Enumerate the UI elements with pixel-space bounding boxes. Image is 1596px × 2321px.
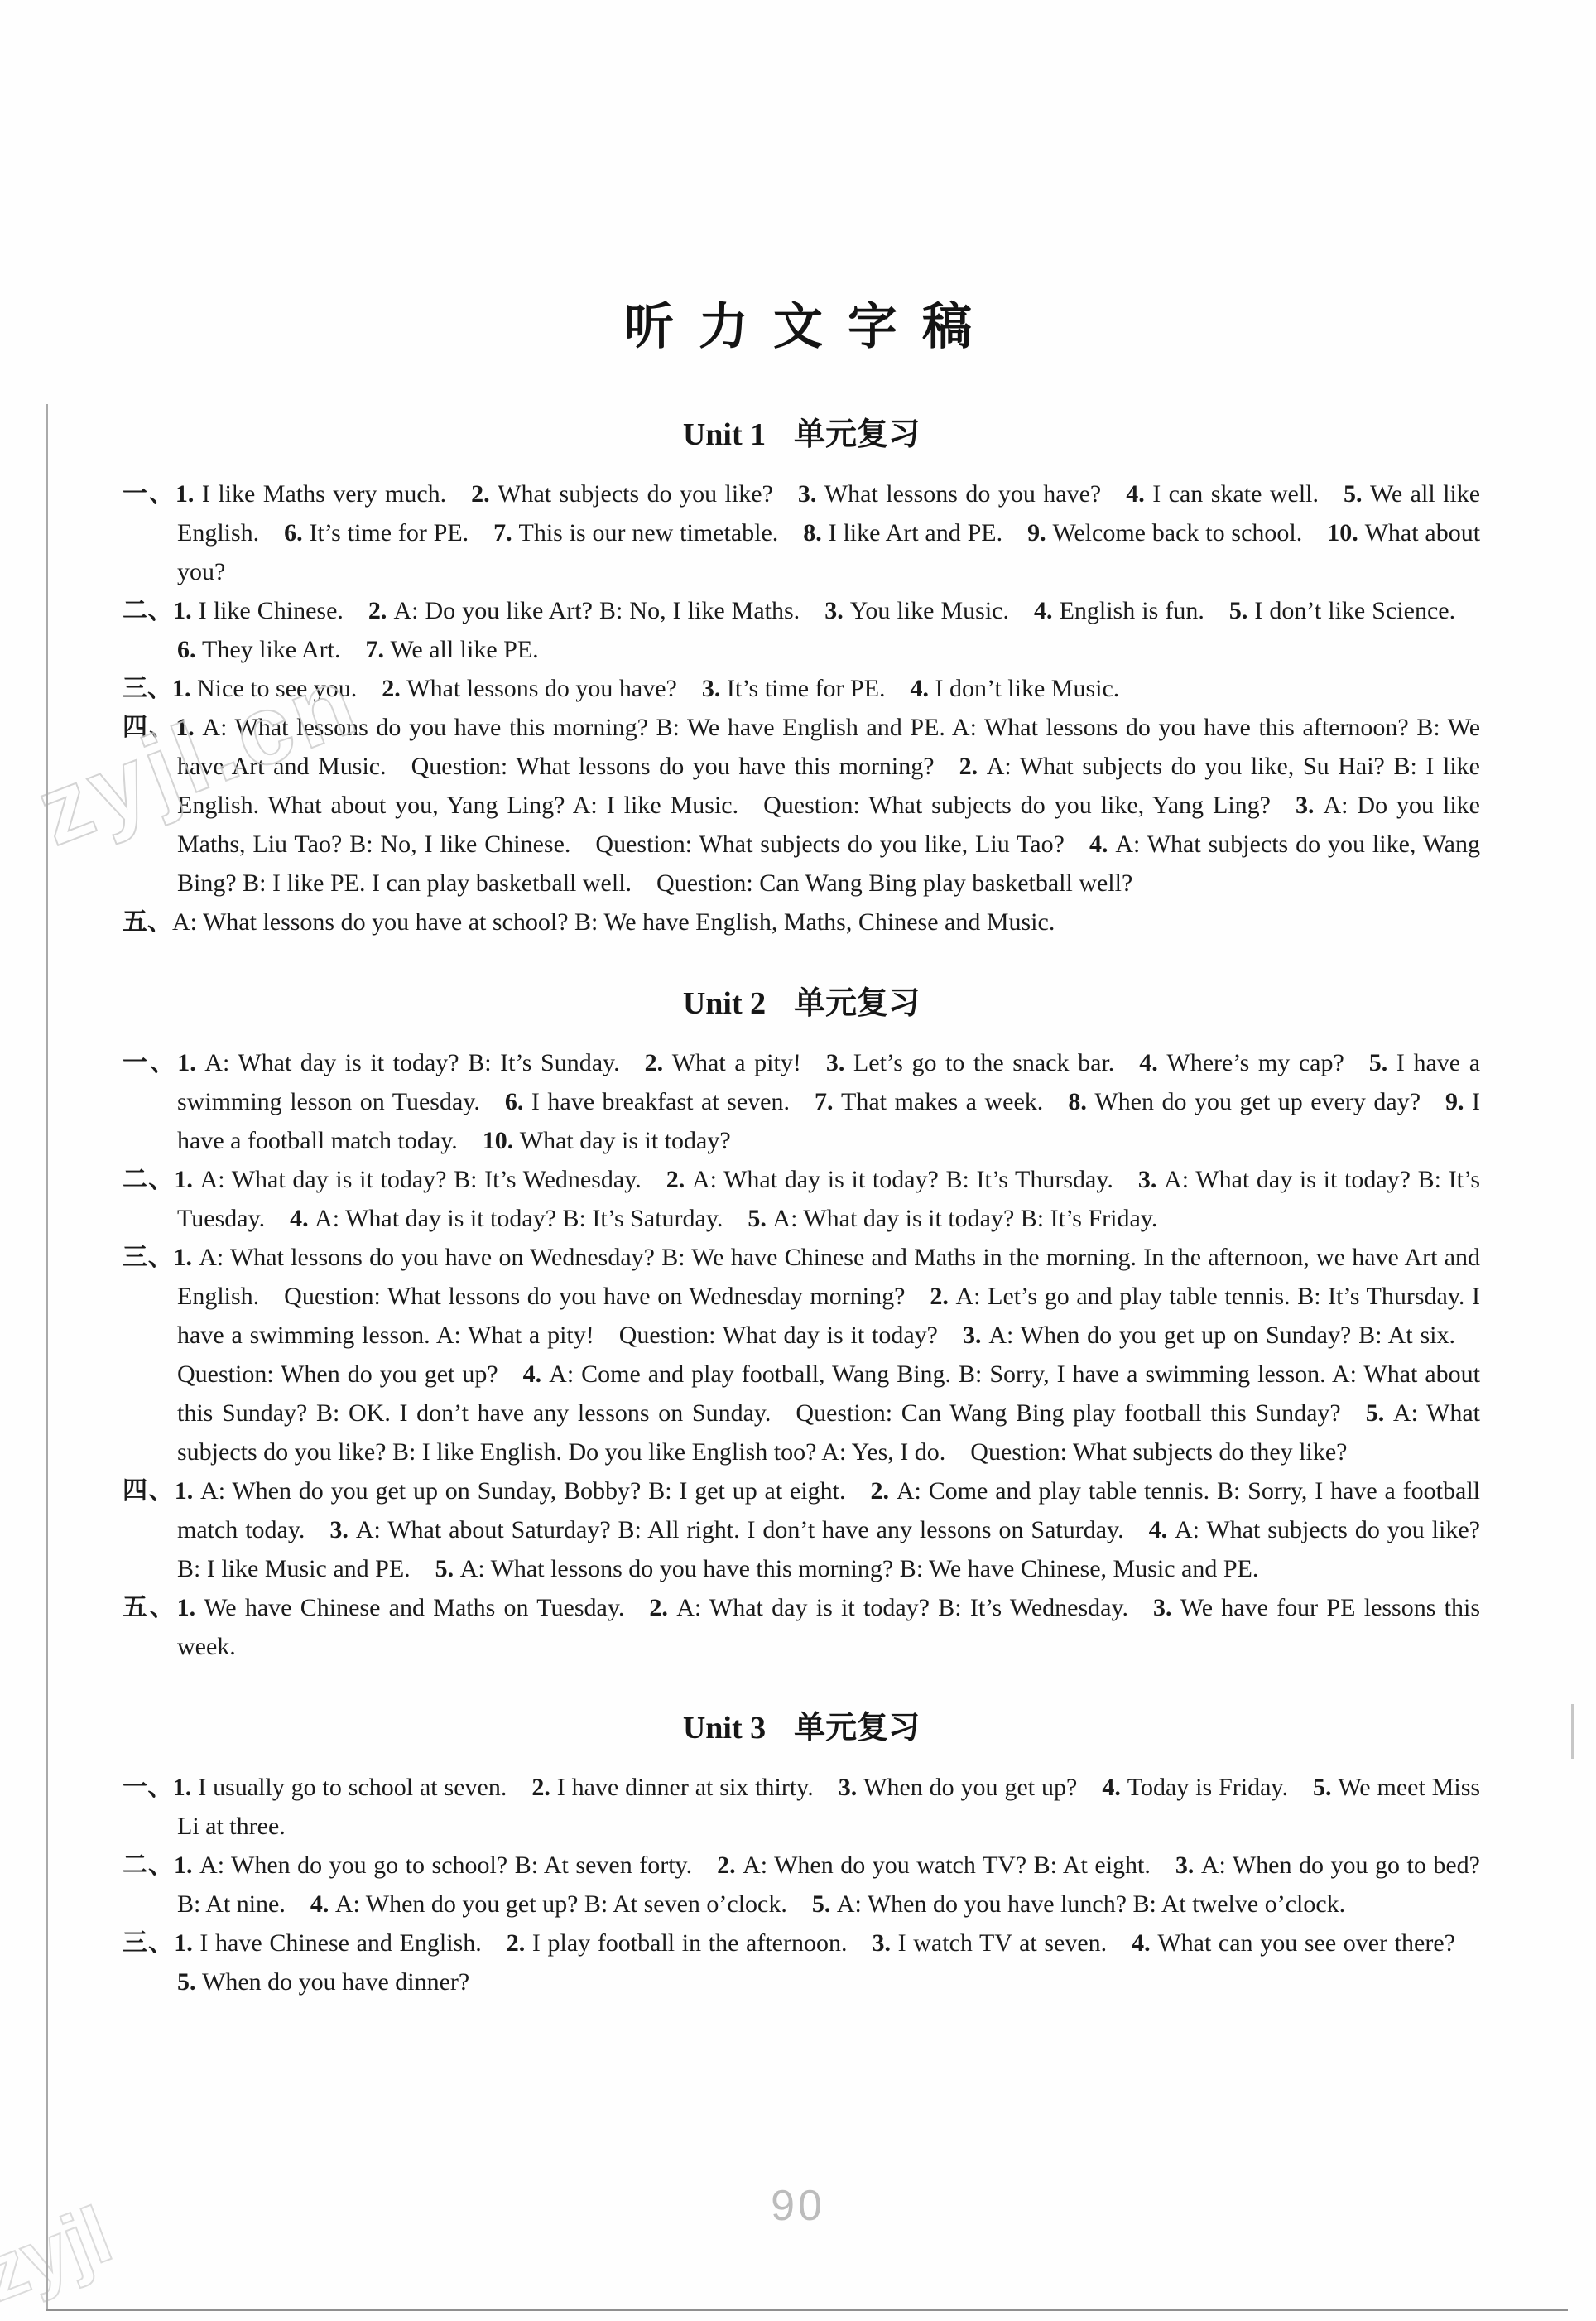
section-marker: 一、	[123, 1774, 173, 1801]
item-number: 5.	[177, 1968, 196, 1996]
scan-artifact-right	[1571, 1704, 1574, 1759]
transcript-item: 2. I have dinner at six thirty.	[531, 1774, 813, 1801]
item-number: 4.	[1149, 1516, 1168, 1543]
item-text: You like Music.	[850, 597, 1009, 624]
transcript-body: Unit 1单元复习一、1. I like Maths very much. 2…	[123, 416, 1480, 2001]
transcript-item: 7. We all like PE.	[365, 636, 538, 663]
item-text: What subjects do you like?	[498, 480, 773, 508]
transcript-item: 4. I can skate well.	[1126, 480, 1319, 508]
unit-heading-cn: 单元复习	[794, 1709, 920, 1746]
item-text: A: When do you have lunch? B: At twelve …	[837, 1890, 1345, 1918]
item-text: This is our new timetable.	[519, 519, 779, 547]
transcript-item: 7. That makes a week.	[815, 1088, 1043, 1115]
transcript-item: 3. A: What about Saturday? B: All right.…	[329, 1516, 1123, 1543]
transcript-item: 10. What day is it today?	[483, 1127, 731, 1154]
item-number: 1.	[177, 1594, 196, 1621]
item-number: 1.	[174, 1852, 193, 1879]
item-number: 10.	[1327, 519, 1358, 547]
transcript-item: 1. A: What day is it today? B: It’s Sund…	[177, 1049, 619, 1076]
item-number: 2.	[645, 1049, 664, 1076]
item-number: 4.	[1089, 831, 1108, 858]
item-text: Nice to see you.	[197, 675, 357, 702]
item-text: I like Art and PE.	[829, 519, 1002, 547]
item-text: A: What day is it today? B: It’s Saturda…	[315, 1205, 723, 1232]
section-marker: 二、	[123, 1166, 174, 1193]
item-text: A: When do you get up? B: At seven o’clo…	[335, 1890, 787, 1918]
item-number: 2.	[871, 1477, 890, 1505]
transcript-item: 4. Where’s my cap?	[1139, 1049, 1344, 1076]
item-text: A: What day is it today? B: It’s Sunday.	[204, 1049, 619, 1076]
transcript-item: 3. You like Music.	[824, 597, 1009, 624]
item-number: 5.	[1313, 1774, 1332, 1801]
item-number: 6.	[284, 519, 303, 547]
item-text: A: When do you go to school? B: At seven…	[199, 1852, 692, 1879]
item-number: 3.	[1296, 792, 1315, 819]
item-text: Let’s go to the snack bar.	[853, 1049, 1114, 1076]
section-marker: 一、	[123, 480, 175, 508]
section-paragraph: 三、1. A: What lessons do you have on Wedn…	[123, 1238, 1480, 1471]
item-text: Where’s my cap?	[1166, 1049, 1344, 1076]
transcript-item: 1. A: What day is it today? B: It’s Wedn…	[174, 1166, 641, 1193]
item-text: I like Chinese.	[199, 597, 344, 624]
transcript-item: 3. What lessons do you have?	[798, 480, 1101, 508]
transcript-item: 5. I don’t like Science.	[1229, 597, 1455, 624]
item-number: 2.	[649, 1594, 668, 1621]
unit-heading-en: Unit 1	[683, 417, 766, 452]
item-number: 4.	[1132, 1929, 1151, 1957]
item-text: A: When do you get up on Sunday, Bobby? …	[200, 1477, 846, 1505]
section-paragraph: 一、1. A: What day is it today? B: It’s Su…	[123, 1043, 1480, 1160]
item-number: 7.	[493, 519, 512, 547]
item-text: What lessons do you have?	[406, 675, 677, 702]
transcript-item: 5. A: What lessons do you have this morn…	[435, 1555, 1259, 1582]
item-number: 5.	[1369, 1049, 1388, 1076]
transcript-item: 4. I don’t like Music.	[911, 675, 1120, 702]
transcript-item: 3. It’s time for PE.	[702, 675, 886, 702]
item-number: 3.	[826, 1049, 845, 1076]
item-number: 4.	[1102, 1774, 1121, 1801]
item-text: A: When do you watch TV? B: At eight.	[743, 1852, 1151, 1879]
transcript-item: 2. What lessons do you have?	[382, 675, 677, 702]
transcript-item: 4. English is fun.	[1034, 597, 1204, 624]
item-number: 9.	[1445, 1088, 1464, 1115]
section-paragraph: 二、1. A: What day is it today? B: It’s We…	[123, 1160, 1480, 1238]
item-number: 3.	[1153, 1594, 1172, 1621]
item-number: 1.	[174, 1244, 193, 1271]
transcript-item: 8. When do you get up every day?	[1068, 1088, 1421, 1115]
section-paragraph: 二、1. A: When do you go to school? B: At …	[123, 1846, 1480, 1924]
item-text: I have breakfast at seven.	[531, 1088, 790, 1115]
item-number: 2.	[507, 1929, 526, 1957]
item-number: 1.	[177, 1049, 196, 1076]
item-text: We all like PE.	[390, 636, 538, 663]
transcript-item: 2. A: What day is it today? B: It’s Wedn…	[649, 1594, 1128, 1621]
item-number: 2.	[717, 1852, 736, 1879]
item-text: It’s time for PE.	[310, 519, 469, 547]
section-marker: 一、	[123, 1049, 177, 1076]
unit-heading-cn: 单元复习	[794, 985, 920, 1021]
item-number: 10.	[483, 1127, 514, 1154]
item-number: 3.	[702, 675, 721, 702]
item-number: 3.	[872, 1929, 891, 1957]
transcript-item: 2. A: What day is it today? B: It’s Thur…	[666, 1166, 1113, 1193]
item-number: 6.	[177, 636, 196, 663]
item-text: When do you get up?	[863, 1774, 1077, 1801]
section-paragraph: 五、A: What lessons do you have at school?…	[123, 903, 1480, 941]
item-text: A: What day is it today? B: It’s Thursda…	[692, 1166, 1113, 1193]
item-number: 1.	[175, 480, 195, 508]
item-number: 2.	[382, 675, 401, 702]
item-number: 9.	[1027, 519, 1046, 547]
section-paragraph: 四、1. A: When do you get up on Sunday, Bo…	[123, 1471, 1480, 1588]
section-marker: 四、	[123, 1477, 175, 1505]
item-number: 3.	[963, 1322, 982, 1349]
item-number: 1.	[174, 1166, 193, 1193]
transcript-item: 7. This is our new timetable.	[493, 519, 778, 547]
item-number: 1.	[174, 1929, 193, 1957]
item-number: 3.	[839, 1774, 858, 1801]
item-number: 2.	[471, 480, 490, 508]
transcript-item: 1. A: When do you get up on Sunday, Bobb…	[175, 1477, 846, 1505]
item-number: 3.	[798, 480, 817, 508]
item-text: They like Art.	[202, 636, 340, 663]
item-text: A: What lessons do you have this morning…	[460, 1555, 1259, 1582]
item-number: 5.	[1229, 597, 1248, 624]
item-text: A: Do you like Art? B: No, I like Maths.	[393, 597, 800, 624]
item-text: I watch TV at seven.	[898, 1929, 1108, 1957]
transcript-item: 6. They like Art.	[177, 636, 340, 663]
unit-heading-en: Unit 2	[683, 986, 766, 1021]
unit-heading: Unit 2单元复习	[123, 985, 1480, 1022]
item-number: 5.	[435, 1555, 454, 1582]
transcript-item: 6. I have breakfast at seven.	[505, 1088, 790, 1115]
item-number: 3.	[1175, 1852, 1195, 1879]
item-number: 1.	[173, 1774, 192, 1801]
item-text: English is fun.	[1060, 597, 1204, 624]
item-number: 4.	[523, 1360, 542, 1388]
item-text: I have Chinese and English.	[199, 1929, 481, 1957]
section-paragraph: 三、1. Nice to see you. 2. What lessons do…	[123, 669, 1480, 708]
item-text: What can you see over there?	[1157, 1929, 1455, 1957]
item-number: 5.	[812, 1890, 831, 1918]
item-text: A: What about Saturday? B: All right. I …	[356, 1516, 1124, 1543]
section-marker: 二、	[123, 1852, 174, 1879]
page-edge-left-line	[46, 404, 48, 2310]
page-edge-bottom-line	[46, 2309, 1568, 2311]
item-number: 7.	[815, 1088, 834, 1115]
item-number: 4.	[310, 1890, 329, 1918]
unit-heading-en: Unit 3	[683, 1711, 766, 1746]
item-text: I can skate well.	[1152, 480, 1319, 508]
item-number: 1.	[172, 675, 191, 702]
transcript-item: 4. What can you see over there?	[1132, 1929, 1455, 1957]
item-text: I usually go to school at seven.	[198, 1774, 507, 1801]
transcript-item: 1. I have Chinese and English.	[174, 1929, 481, 1957]
section-paragraph: 三、1. I have Chinese and English. 2. I pl…	[123, 1924, 1480, 2001]
item-number: 3.	[1138, 1166, 1157, 1193]
transcript-item: 5. A: When do you have lunch? B: At twel…	[812, 1890, 1345, 1918]
transcript-item: 4. A: When do you get up? B: At seven o’…	[310, 1890, 787, 1918]
item-number: 8.	[803, 519, 822, 547]
unit-heading-cn: 单元复习	[794, 416, 920, 452]
item-text: What a pity!	[672, 1049, 801, 1076]
item-text: What day is it today?	[520, 1127, 731, 1154]
transcript-item: 3. Let’s go to the snack bar.	[826, 1049, 1114, 1076]
item-number: 1.	[175, 714, 195, 741]
item-number: 4.	[290, 1205, 309, 1232]
section-marker: 三、	[123, 675, 172, 702]
transcript-item: 2. A: When do you watch TV? B: At eight.	[717, 1852, 1151, 1879]
item-text: It’s time for PE.	[727, 675, 886, 702]
transcript-item: 4. A: What day is it today? B: It’s Satu…	[290, 1205, 723, 1232]
item-text: Welcome back to school.	[1052, 519, 1302, 547]
unit-heading: Unit 3单元复习	[123, 1709, 1480, 1746]
item-text: We have Chinese and Maths on Tuesday.	[204, 1594, 624, 1621]
item-number: 4.	[1034, 597, 1053, 624]
item-number: 5.	[1344, 480, 1363, 508]
item-number: 6.	[505, 1088, 524, 1115]
transcript-item: 1. I like Maths very much.	[175, 480, 446, 508]
transcript-item: 1. We have Chinese and Maths on Tuesday.	[177, 1594, 625, 1621]
item-number: 5.	[1366, 1399, 1385, 1427]
transcript-item: 2. What subjects do you like?	[471, 480, 773, 508]
transcript-item: 3. I watch TV at seven.	[872, 1929, 1107, 1957]
transcript-item: 2. What a pity!	[645, 1049, 801, 1076]
item-number: 2.	[531, 1774, 550, 1801]
item-number: 5.	[748, 1205, 767, 1232]
section-paragraph: 五、1. We have Chinese and Maths on Tuesda…	[123, 1588, 1480, 1666]
section-marker: 三、	[123, 1244, 174, 1271]
section-marker: 五、	[123, 908, 172, 936]
transcript-item: 1. I like Chinese.	[173, 597, 344, 624]
scanned-page: zyjl.cn zyjl 听力文字稿 Unit 1单元复习一、1. I like…	[0, 0, 1596, 2321]
item-text: When do you get up every day?	[1094, 1088, 1421, 1115]
section-paragraph: 二、1. I like Chinese. 2. A: Do you like A…	[123, 591, 1480, 669]
section-marker: 五、	[123, 1594, 177, 1621]
transcript-item: 5. When do you have dinner?	[177, 1968, 469, 1996]
item-text: That makes a week.	[841, 1088, 1043, 1115]
transcript-item: 1. I usually go to school at seven.	[173, 1774, 507, 1801]
item-text: A: What lessons do you have at school? B…	[172, 908, 1055, 936]
item-number: 4.	[1139, 1049, 1158, 1076]
item-number: 2.	[930, 1283, 949, 1310]
transcript-item: 9. Welcome back to school.	[1027, 519, 1302, 547]
item-text: I have dinner at six thirty.	[557, 1774, 814, 1801]
section-marker: 三、	[123, 1929, 174, 1957]
item-number: 1.	[175, 1477, 194, 1505]
transcript-item: 2. A: Do you like Art? B: No, I like Mat…	[368, 597, 800, 624]
item-number: 2.	[368, 597, 387, 624]
item-number: 4.	[911, 675, 930, 702]
item-number: 3.	[329, 1516, 349, 1543]
item-number: 2.	[666, 1166, 685, 1193]
transcript-item: 6. It’s time for PE.	[284, 519, 469, 547]
item-text: A: What day is it today? B: It’s Wednesd…	[200, 1166, 642, 1193]
item-text: I don’t like Science.	[1254, 597, 1455, 624]
item-number: 7.	[365, 636, 384, 663]
transcript-item: 5. A: What day is it today? B: It’s Frid…	[748, 1205, 1157, 1232]
item-text: A: What day is it today? B: It’s Wednesd…	[676, 1594, 1128, 1621]
transcript-item: 3. When do you get up?	[839, 1774, 1078, 1801]
section-paragraph: 四、1. A: What lessons do you have this mo…	[123, 708, 1480, 903]
section-paragraph: 一、1. I like Maths very much. 2. What sub…	[123, 474, 1480, 591]
transcript-item: 4. Today is Friday.	[1102, 1774, 1288, 1801]
transcript-item: 1. Nice to see you.	[172, 675, 357, 702]
item-text: A: What day is it today? B: It’s Friday.	[772, 1205, 1157, 1232]
item-number: 3.	[824, 597, 844, 624]
item-number: 8.	[1068, 1088, 1087, 1115]
transcript-item: 1. A: When do you go to school? B: At se…	[174, 1852, 692, 1879]
item-number: 2.	[959, 753, 978, 780]
item-number: 1.	[173, 597, 192, 624]
unit-heading: Unit 1单元复习	[123, 416, 1480, 453]
item-text: I like Maths very much.	[202, 480, 446, 508]
section-paragraph: 一、1. I usually go to school at seven. 2.…	[123, 1768, 1480, 1846]
transcript-item: A: What lessons do you have at school? B…	[172, 908, 1055, 936]
transcript-item: 2. I play football in the afternoon.	[507, 1929, 848, 1957]
transcript-item: 8. I like Art and PE.	[803, 519, 1002, 547]
section-marker: 四、	[123, 714, 175, 741]
section-marker: 二、	[123, 597, 173, 624]
page-number: 90	[0, 2181, 1596, 2231]
item-number: 4.	[1126, 480, 1145, 508]
item-text: What lessons do you have?	[824, 480, 1101, 508]
item-text: When do you have dinner?	[202, 1968, 469, 1996]
item-text: I don’t like Music.	[935, 675, 1120, 702]
item-text: Today is Friday.	[1127, 1774, 1288, 1801]
document-title: 听力文字稿	[0, 0, 1596, 354]
item-text: I play football in the afternoon.	[532, 1929, 848, 1957]
